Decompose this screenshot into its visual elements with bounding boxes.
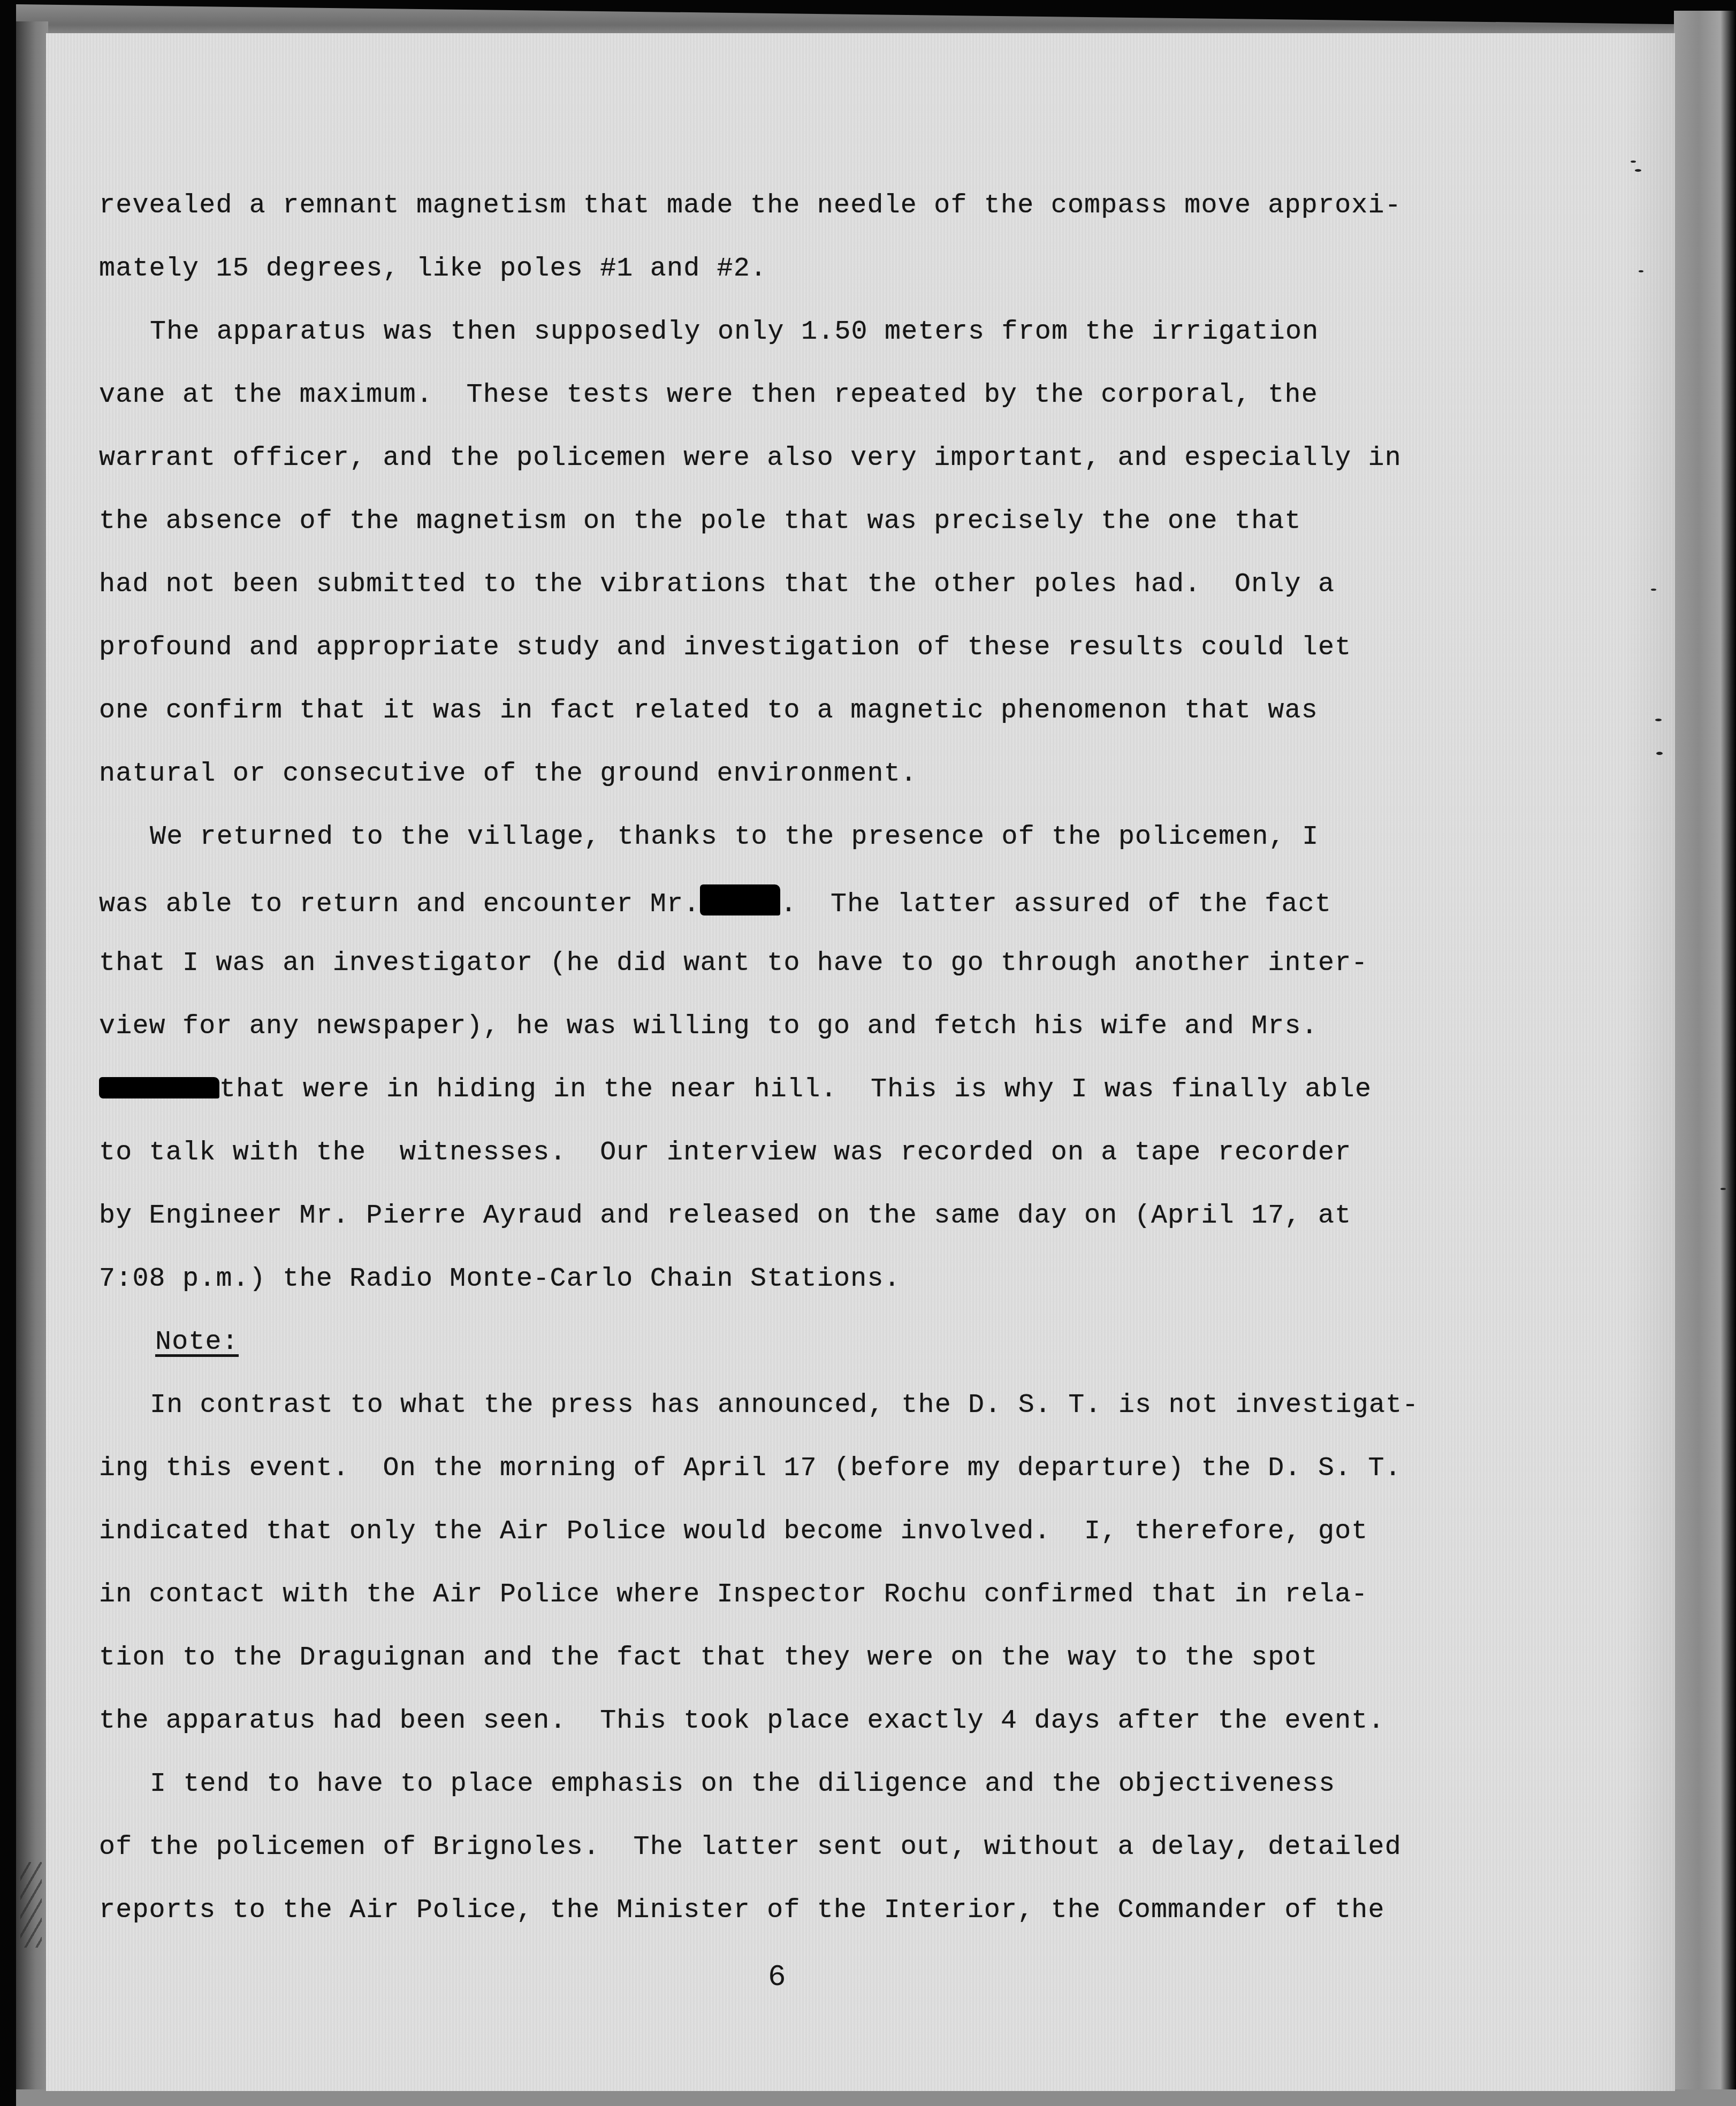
text-segment: was able to return and encounter Mr.	[99, 889, 700, 920]
text-line: view for any newspaper), he was willing …	[99, 1011, 1318, 1043]
scan-speck	[1720, 1188, 1726, 1190]
text-line: revealed a remnant magnetism that made t…	[99, 190, 1402, 222]
text-line: in contact with the Air Police where Ins…	[99, 1579, 1368, 1611]
text-line: one confirm that it was in fact related …	[99, 695, 1318, 727]
page-number: 6	[768, 1961, 786, 1993]
scan-speck	[1655, 719, 1662, 721]
text-line: tion to the Draguignan and the fact that…	[99, 1642, 1318, 1674]
text-line: mately 15 degrees, like poles #1 and #2.	[99, 253, 767, 285]
text-line: We returned to the village, thanks to th…	[150, 821, 1319, 853]
text-line: was able to return and encounter Mr.. Th…	[99, 884, 1331, 921]
text-line: The apparatus was then supposedly only 1…	[150, 316, 1319, 348]
note-heading: Note:	[155, 1326, 239, 1359]
scan-speck	[1639, 270, 1643, 272]
text-line: ing this event. On the morning of April …	[99, 1453, 1402, 1485]
text-line: had not been submitted to the vibrations…	[99, 569, 1335, 601]
text-line: indicated that only the Air Police would…	[99, 1516, 1368, 1548]
text-line: vane at the maximum. These tests were th…	[99, 379, 1318, 411]
text-line: In contrast to what the press has announ…	[150, 1390, 1419, 1422]
text-line: by Engineer Mr. Pierre Ayraud and releas…	[99, 1200, 1351, 1232]
text-line: to talk with the witnesses. Our intervie…	[99, 1137, 1351, 1169]
scan-border-left	[16, 21, 48, 2092]
scan-speck	[1656, 752, 1663, 755]
text-line: reports to the Air Police, the Minister …	[99, 1895, 1385, 1927]
text-line: warrant officer, and the policemen were …	[99, 442, 1402, 475]
text-line: of the policemen of Brignoles. The latte…	[99, 1832, 1402, 1864]
text-line: the apparatus had been seen. This took p…	[99, 1705, 1385, 1737]
text-line: the absence of the magnetism on the pole…	[99, 506, 1301, 538]
scan-speck	[1651, 589, 1656, 591]
text-segment: that were in hiding in the near hill. Th…	[219, 1074, 1372, 1105]
scan-speck	[1635, 169, 1641, 172]
scan-border-right	[1674, 11, 1736, 2103]
text-line: natural or consecutive of the ground env…	[99, 758, 917, 790]
text-line: 7:08 p.m.) the Radio Monte-Carlo Chain S…	[99, 1263, 901, 1295]
scan-border-bottom	[16, 2089, 1736, 2106]
redaction-block	[700, 884, 780, 915]
text-line: that I was an investigator (he did want …	[99, 948, 1368, 980]
text-segment: . The latter assured of the fact	[780, 889, 1331, 920]
scan-speck	[1631, 161, 1636, 163]
page-edge-shadow	[1624, 33, 1675, 2091]
text-line: profound and appropriate study and inves…	[99, 632, 1351, 664]
text-line: that were in hiding in the near hill. Th…	[99, 1074, 1372, 1106]
text-line: I tend to have to place emphasis on the …	[150, 1768, 1336, 1800]
redaction-block	[99, 1077, 219, 1098]
